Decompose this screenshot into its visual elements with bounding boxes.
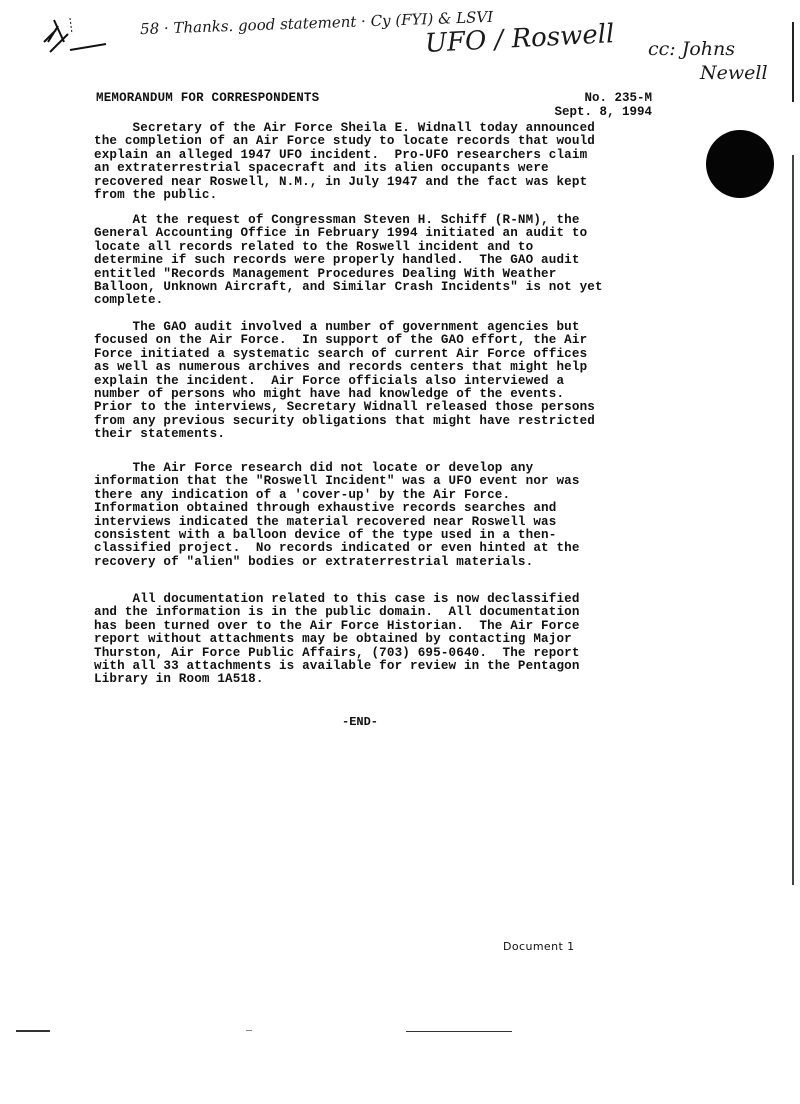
paragraph-line: The Air Force research did not locate or… — [94, 462, 674, 475]
scan-artifact-line — [16, 1030, 50, 1032]
paragraph-line: determine if such records were properly … — [94, 254, 674, 267]
handwritten-cc: cc: Johns — [648, 38, 735, 60]
scan-artifact-line — [406, 1031, 512, 1032]
paragraph-announcement: Secretary of the Air Force Sheila E. Wid… — [94, 122, 674, 202]
paragraph-line: interviews indicated the material recove… — [94, 516, 674, 529]
paragraph-line: All documentation related to this case i… — [94, 593, 674, 606]
paragraph-line: focused on the Air Force. In support of … — [94, 334, 674, 347]
memo-title: MEMORANDUM FOR CORRESPONDENTS — [96, 91, 319, 105]
paragraph-line: explain an alleged 1947 UFO incident. Pr… — [94, 149, 674, 162]
paragraph-line: The GAO audit involved a number of gover… — [94, 321, 674, 334]
paragraph-line: explain the incident. Air Force official… — [94, 375, 674, 388]
paragraph-line: recovered near Roswell, N.M., in July 19… — [94, 176, 674, 189]
document-label: Document 1 — [503, 940, 574, 953]
paragraph-line: and the information is in the public dom… — [94, 606, 674, 619]
memorandum-page: 58 · Thanks. good statement · Cy (FYI) &… — [0, 0, 800, 1104]
paragraph-line: report without attachments may be obtain… — [94, 633, 674, 646]
handwritten-cc-name: Newell — [700, 62, 768, 84]
paragraph-line: as well as numerous archives and records… — [94, 361, 674, 374]
paragraph-line: complete. — [94, 294, 674, 307]
paragraph-line: information that the "Roswell Incident" … — [94, 475, 674, 488]
paragraph-research-findings: The Air Force research did not locate or… — [94, 462, 674, 569]
paragraph-line: Library in Room 1A518. — [94, 673, 674, 686]
handwritten-initials-mark — [28, 12, 108, 62]
paragraph-line: General Accounting Office in February 19… — [94, 227, 674, 240]
scan-artifact-line — [246, 1030, 252, 1031]
paragraph-line: Prior to the interviews, Secretary Widna… — [94, 401, 674, 414]
paragraph-line: entitled "Records Management Procedures … — [94, 268, 674, 281]
paragraph-line: with all 33 attachments is available for… — [94, 660, 674, 673]
memo-number: No. 235-M — [536, 91, 652, 105]
memo-number-date: No. 235-M Sept. 8, 1994 — [536, 91, 652, 119]
punch-hole — [706, 130, 774, 198]
paragraph-line: their statements. — [94, 428, 674, 441]
paragraph-line: from the public. — [94, 189, 674, 202]
paragraph-line: classified project. No records indicated… — [94, 542, 674, 555]
page-edge-shadow — [792, 155, 794, 885]
paragraph-line: there any indication of a 'cover-up' by … — [94, 489, 674, 502]
paragraph-documentation: All documentation related to this case i… — [94, 593, 674, 687]
paragraph-line: consistent with a balloon device of the … — [94, 529, 674, 542]
paragraph-line: the completion of an Air Force study to … — [94, 135, 674, 148]
paragraph-line: Secretary of the Air Force Sheila E. Wid… — [94, 122, 674, 135]
paragraph-line: Information obtained through exhaustive … — [94, 502, 674, 515]
paragraph-line: from any previous security obligations t… — [94, 415, 674, 428]
paragraph-line: has been turned over to the Air Force Hi… — [94, 620, 674, 633]
paragraph-line: Force initiated a systematic search of c… — [94, 348, 674, 361]
paragraph-line: Balloon, Unknown Aircraft, and Similar C… — [94, 281, 674, 294]
end-mark: -END- — [342, 715, 378, 729]
paragraph-line: number of persons who might have had kno… — [94, 388, 674, 401]
paragraph-gao-audit: The GAO audit involved a number of gover… — [94, 321, 674, 442]
paragraph-line: locate all records related to the Roswel… — [94, 241, 674, 254]
paragraph-line: an extraterrestrial spacecraft and its a… — [94, 162, 674, 175]
paragraph-line: Thurston, Air Force Public Affairs, (703… — [94, 647, 674, 660]
memo-date: Sept. 8, 1994 — [536, 105, 652, 119]
paragraph-line: At the request of Congressman Steven H. … — [94, 214, 674, 227]
paragraph-gao-request: At the request of Congressman Steven H. … — [94, 214, 674, 308]
paragraph-line: recovery of "alien" bodies or extraterre… — [94, 556, 674, 569]
page-edge-shadow — [792, 22, 794, 102]
